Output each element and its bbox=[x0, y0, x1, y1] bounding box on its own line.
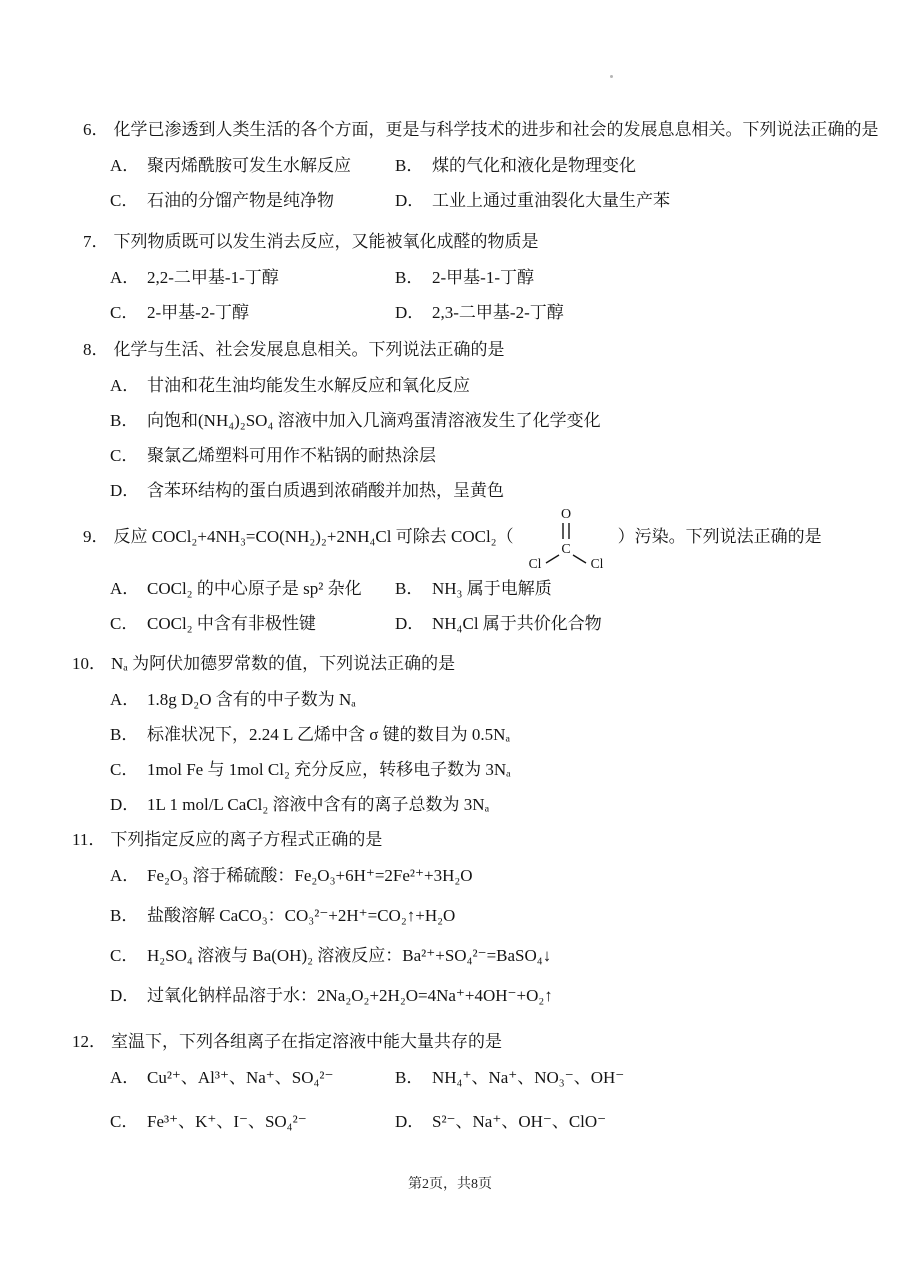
option-label: C． bbox=[110, 758, 147, 782]
option-text: Fe³⁺、K⁺、I⁻、SO₄²⁻ bbox=[147, 1112, 307, 1131]
single-bond bbox=[546, 555, 559, 563]
option-text: 聚丙烯酰胺可发生水解反应 bbox=[147, 156, 351, 175]
option-row: C．Fe³⁺、K⁺、I⁻、SO₄²⁻ D．S²⁻、Na⁺、OH⁻、ClO⁻ bbox=[110, 1110, 900, 1134]
question-text: 下列指定反应的离子方程式正确的是 bbox=[110, 830, 382, 849]
option-label: C． bbox=[110, 301, 147, 325]
option-b: B．煤的气化和液化是物理变化 bbox=[395, 154, 636, 178]
option-d: D．含苯环结构的蛋白质遇到浓硝酸并加热，呈黄色 bbox=[110, 479, 900, 503]
option-a: A．COCl₂ 的中心原子是 sp² 杂化 bbox=[110, 577, 395, 601]
stray-mark bbox=[610, 75, 613, 78]
question-number: 10． bbox=[72, 654, 106, 673]
option-label: B． bbox=[395, 266, 432, 290]
option-text: 甘油和花生油均能发生水解反应和氧化反应 bbox=[147, 376, 470, 395]
question-8: 8．化学与生活、社会发展息息相关。下列说法正确的是 A．甘油和花生油均能发生水解… bbox=[0, 338, 900, 514]
option-a: A．1.8g D₂O 含有的中子数为 Nₐ bbox=[110, 688, 900, 712]
option-c: C．COCl₂ 中含有非极性键 bbox=[110, 612, 395, 636]
option-text: COCl₂ 的中心原子是 sp² 杂化 bbox=[147, 579, 362, 598]
option-text: 工业上通过重油裂化大量生产苯 bbox=[432, 191, 670, 210]
question-11: 11．下列指定反应的离子方程式正确的是 A．Fe₂O₃ 溶于稀硫酸：Fe₂O₃+… bbox=[0, 828, 900, 1024]
question-8-stem: 8．化学与生活、社会发展息息相关。下列说法正确的是 bbox=[83, 338, 900, 362]
question-12: 12．室温下，下列各组离子在指定溶液中能大量共存的是 A．Cu²⁺、Al³⁺、N… bbox=[0, 1030, 900, 1154]
single-bond bbox=[573, 555, 586, 563]
question-12-stem: 12．室温下，下列各组离子在指定溶液中能大量共存的是 bbox=[72, 1030, 900, 1054]
option-text: 2,3-二甲基-2-丁醇 bbox=[432, 303, 564, 322]
option-text: 2-甲基-2-丁醇 bbox=[147, 303, 249, 322]
option-label: C． bbox=[110, 944, 147, 968]
phosgene-structure-diagram: O C Cl Cl bbox=[516, 505, 616, 569]
option-text: 1L 1 mol/L CaCl₂ 溶液中含有的离子总数为 3Nₐ bbox=[147, 795, 489, 814]
option-text: 含苯环结构的蛋白质遇到浓硝酸并加热，呈黄色 bbox=[147, 481, 504, 500]
question-number: 7． bbox=[83, 232, 109, 251]
option-c: C．1mol Fe 与 1mol Cl₂ 充分反应，转移电子数为 3Nₐ bbox=[110, 758, 900, 782]
option-label: C． bbox=[110, 444, 147, 468]
option-text: 向饱和(NH₄)₂SO₄ 溶液中加入几滴鸡蛋清溶液发生了化学变化 bbox=[147, 411, 601, 430]
option-text: NH₄Cl 属于共价化合物 bbox=[432, 614, 602, 633]
option-d: D．1L 1 mol/L CaCl₂ 溶液中含有的离子总数为 3Nₐ bbox=[110, 793, 900, 817]
page-footer: 第2页，共8页 bbox=[0, 1176, 900, 1194]
option-a: A．甘油和花生油均能发生水解反应和氧化反应 bbox=[110, 374, 900, 398]
option-text: 盐酸溶解 CaCO₃：CO₃²⁻+2H⁺=CO₂↑+H₂O bbox=[147, 906, 455, 925]
option-row: A．COCl₂ 的中心原子是 sp² 杂化 B．NH₃ 属于电解质 bbox=[110, 577, 900, 601]
option-text: Fe₂O₃ 溶于稀硫酸：Fe₂O₃+6H⁺=2Fe²⁺+3H₂O bbox=[147, 866, 473, 885]
atom-chlorine-right: Cl bbox=[590, 556, 603, 569]
question-text: 室温下，下列各组离子在指定溶液中能大量共存的是 bbox=[111, 1032, 502, 1051]
option-text: NH₃ 属于电解质 bbox=[432, 579, 552, 598]
option-a: A．聚丙烯酰胺可发生水解反应 bbox=[110, 154, 395, 178]
option-row: A．Cu²⁺、Al³⁺、Na⁺、SO₄²⁻ B．NH₄⁺、Na⁺、NO₃⁻、OH… bbox=[110, 1066, 900, 1090]
option-label: A． bbox=[110, 266, 147, 290]
option-row: C．石油的分馏产物是纯净物 D．工业上通过重油裂化大量生产苯 bbox=[110, 189, 900, 213]
option-label: B． bbox=[395, 577, 432, 601]
option-label: B． bbox=[395, 1066, 432, 1090]
question-text-post: ）污染。下列说法正确的是 bbox=[618, 525, 822, 549]
question-11-options: A．Fe₂O₃ 溶于稀硫酸：Fe₂O₃+6H⁺=2Fe²⁺+3H₂O B．盐酸溶… bbox=[110, 864, 900, 1008]
option-label: A． bbox=[110, 154, 147, 178]
option-row: C．2-甲基-2-丁醇 D．2,3-二甲基-2-丁醇 bbox=[110, 301, 900, 325]
option-text: 2,2-二甲基-1-丁醇 bbox=[147, 268, 279, 287]
question-9-options: A．COCl₂ 的中心原子是 sp² 杂化 B．NH₃ 属于电解质 C．COCl… bbox=[110, 577, 900, 636]
option-c: C．Fe³⁺、K⁺、I⁻、SO₄²⁻ bbox=[110, 1110, 395, 1134]
question-8-options: A．甘油和花生油均能发生水解反应和氧化反应 B．向饱和(NH₄)₂SO₄ 溶液中… bbox=[110, 374, 900, 503]
question-text: 化学已渗透到人类生活的各个方面，更是与科学技术的进步和社会的发展息息相关。下列说… bbox=[114, 120, 879, 139]
option-c: C．聚氯乙烯塑料可用作不粘锅的耐热涂层 bbox=[110, 444, 900, 468]
exam-page: 6．化学已渗透到人类生活的各个方面，更是与科学技术的进步和社会的发展息息相关。下… bbox=[0, 0, 900, 1273]
question-7-stem: 7．下列物质既可以发生消去反应，又能被氧化成醛的物质是 bbox=[83, 230, 900, 254]
option-text: 石油的分馏产物是纯净物 bbox=[147, 191, 334, 210]
option-label: A． bbox=[110, 688, 147, 712]
question-6-options: A．聚丙烯酰胺可发生水解反应 B．煤的气化和液化是物理变化 C．石油的分馏产物是… bbox=[110, 154, 900, 213]
option-label: D． bbox=[395, 189, 432, 213]
option-label: A． bbox=[110, 577, 147, 601]
option-label: D． bbox=[110, 984, 147, 1008]
question-7-options: A．2,2-二甲基-1-丁醇 B．2-甲基-1-丁醇 C．2-甲基-2-丁醇 D… bbox=[110, 266, 900, 325]
option-label: B． bbox=[110, 409, 147, 433]
option-row: C．COCl₂ 中含有非极性键 D．NH₄Cl 属于共价化合物 bbox=[110, 612, 900, 636]
option-a: A．Fe₂O₃ 溶于稀硫酸：Fe₂O₃+6H⁺=2Fe²⁺+3H₂O bbox=[110, 864, 900, 888]
option-row: A．2,2-二甲基-1-丁醇 B．2-甲基-1-丁醇 bbox=[110, 266, 900, 290]
option-text: 标准状况下，2.24 L 乙烯中含 σ 键的数目为 0.5Nₐ bbox=[147, 725, 510, 744]
option-text: 煤的气化和液化是物理变化 bbox=[432, 156, 636, 175]
question-number: 6． bbox=[83, 120, 109, 139]
option-c: C．2-甲基-2-丁醇 bbox=[110, 301, 395, 325]
option-d: D．2,3-二甲基-2-丁醇 bbox=[395, 301, 564, 325]
option-c: C．H₂SO₄ 溶液与 Ba(OH)₂ 溶液反应：Ba²⁺+SO₄²⁻=BaSO… bbox=[110, 944, 900, 968]
option-text: S²⁻、Na⁺、OH⁻、ClO⁻ bbox=[432, 1112, 606, 1131]
question-number: 12． bbox=[72, 1032, 106, 1051]
question-6-stem: 6．化学已渗透到人类生活的各个方面，更是与科学技术的进步和社会的发展息息相关。下… bbox=[83, 118, 900, 142]
question-text-pre: 反应 COCl₂+4NH₃=CO(NH₂)₂+2NH₄Cl 可除去 COCl₂（ bbox=[114, 525, 514, 549]
option-label: B． bbox=[395, 154, 432, 178]
option-label: C． bbox=[110, 189, 147, 213]
option-b: B．盐酸溶解 CaCO₃：CO₃²⁻+2H⁺=CO₂↑+H₂O bbox=[110, 904, 900, 928]
option-text: 过氧化钠样品溶于水：2Na₂O₂+2H₂O=4Na⁺+4OH⁻+O₂↑ bbox=[147, 986, 553, 1005]
option-text: 聚氯乙烯塑料可用作不粘锅的耐热涂层 bbox=[147, 446, 436, 465]
option-label: D． bbox=[395, 301, 432, 325]
option-label: A． bbox=[110, 864, 147, 888]
option-c: C．石油的分馏产物是纯净物 bbox=[110, 189, 395, 213]
option-b: B．NH₃ 属于电解质 bbox=[395, 577, 552, 601]
option-b: B．向饱和(NH₄)₂SO₄ 溶液中加入几滴鸡蛋清溶液发生了化学变化 bbox=[110, 409, 900, 433]
question-11-stem: 11．下列指定反应的离子方程式正确的是 bbox=[72, 828, 900, 852]
question-text: Nₐ 为阿伏加德罗常数的值，下列说法正确的是 bbox=[111, 654, 455, 673]
option-d: D．工业上通过重油裂化大量生产苯 bbox=[395, 189, 670, 213]
atom-chlorine-left: Cl bbox=[528, 556, 541, 569]
question-text: 下列物质既可以发生消去反应，又能被氧化成醛的物质是 bbox=[114, 232, 539, 251]
option-text: H₂SO₄ 溶液与 Ba(OH)₂ 溶液反应：Ba²⁺+SO₄²⁻=BaSO₄↓ bbox=[147, 946, 551, 965]
option-label: B． bbox=[110, 723, 147, 747]
question-12-options: A．Cu²⁺、Al³⁺、Na⁺、SO₄²⁻ B．NH₄⁺、Na⁺、NO₃⁻、OH… bbox=[110, 1066, 900, 1134]
question-10: 10．Nₐ 为阿伏加德罗常数的值，下列说法正确的是 A．1.8g D₂O 含有的… bbox=[0, 652, 900, 828]
option-b: B．2-甲基-1-丁醇 bbox=[395, 266, 534, 290]
question-number: 9． bbox=[83, 525, 109, 549]
option-row: A．聚丙烯酰胺可发生水解反应 B．煤的气化和液化是物理变化 bbox=[110, 154, 900, 178]
option-d: D．NH₄Cl 属于共价化合物 bbox=[395, 612, 602, 636]
option-text: COCl₂ 中含有非极性键 bbox=[147, 614, 316, 633]
question-text: 化学与生活、社会发展息息相关。下列说法正确的是 bbox=[114, 340, 505, 359]
question-10-options: A．1.8g D₂O 含有的中子数为 Nₐ B．标准状况下，2.24 L 乙烯中… bbox=[110, 688, 900, 817]
question-9-stem: 9．反应 COCl₂+4NH₃=CO(NH₂)₂+2NH₄Cl 可除去 COCl… bbox=[83, 505, 900, 569]
question-7: 7．下列物质既可以发生消去反应，又能被氧化成醛的物质是 A．2,2-二甲基-1-… bbox=[0, 230, 900, 336]
atom-carbon: C bbox=[561, 542, 570, 557]
option-label: B． bbox=[110, 904, 147, 928]
option-label: A． bbox=[110, 1066, 147, 1090]
option-d: D．S²⁻、Na⁺、OH⁻、ClO⁻ bbox=[395, 1110, 606, 1134]
option-b: B．标准状况下，2.24 L 乙烯中含 σ 键的数目为 0.5Nₐ bbox=[110, 723, 900, 747]
question-10-stem: 10．Nₐ 为阿伏加德罗常数的值，下列说法正确的是 bbox=[72, 652, 900, 676]
option-label: A． bbox=[110, 374, 147, 398]
option-label: D． bbox=[110, 793, 147, 817]
option-text: 2-甲基-1-丁醇 bbox=[432, 268, 534, 287]
option-a: A．2,2-二甲基-1-丁醇 bbox=[110, 266, 395, 290]
question-6: 6．化学已渗透到人类生活的各个方面，更是与科学技术的进步和社会的发展息息相关。下… bbox=[0, 118, 900, 224]
question-number: 8． bbox=[83, 340, 109, 359]
option-label: D． bbox=[395, 612, 432, 636]
option-text: 1.8g D₂O 含有的中子数为 Nₐ bbox=[147, 690, 356, 709]
option-label: C． bbox=[110, 612, 147, 636]
option-text: Cu²⁺、Al³⁺、Na⁺、SO₄²⁻ bbox=[147, 1068, 334, 1087]
atom-oxygen: O bbox=[561, 507, 571, 522]
option-a: A．Cu²⁺、Al³⁺、Na⁺、SO₄²⁻ bbox=[110, 1066, 395, 1090]
option-d: D．过氧化钠样品溶于水：2Na₂O₂+2H₂O=4Na⁺+4OH⁻+O₂↑ bbox=[110, 984, 900, 1008]
option-label: C． bbox=[110, 1110, 147, 1134]
question-number: 11． bbox=[72, 830, 105, 849]
option-text: NH₄⁺、Na⁺、NO₃⁻、OH⁻ bbox=[432, 1068, 624, 1087]
option-label: D． bbox=[110, 479, 147, 503]
option-label: D． bbox=[395, 1110, 432, 1134]
question-9: 9．反应 COCl₂+4NH₃=CO(NH₂)₂+2NH₄Cl 可除去 COCl… bbox=[0, 505, 900, 647]
option-text: 1mol Fe 与 1mol Cl₂ 充分反应，转移电子数为 3Nₐ bbox=[147, 760, 511, 779]
option-b: B．NH₄⁺、Na⁺、NO₃⁻、OH⁻ bbox=[395, 1066, 624, 1090]
